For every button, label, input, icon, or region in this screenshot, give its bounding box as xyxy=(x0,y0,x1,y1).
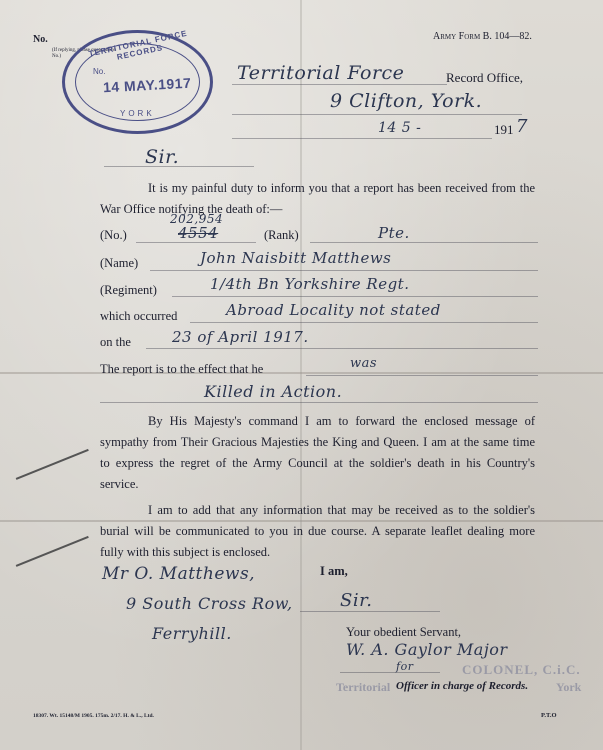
no-field-label: (No.) xyxy=(100,228,127,243)
paper-fold-vertical xyxy=(300,0,302,750)
form-id: Army Form B. 104—82. xyxy=(433,31,532,42)
intro-paragraph: It is my painful duty to inform you that… xyxy=(100,178,535,220)
date-of-death-value: 23 of April 1917. xyxy=(172,328,309,346)
regiment-field-value: 1/4th Bn Yorkshire Regt. xyxy=(210,275,409,293)
regiment-field-label: (Regiment) xyxy=(100,283,157,298)
closing-i-am: I am, xyxy=(320,564,348,579)
occurred-field-value: Abroad Locality not stated xyxy=(226,301,441,319)
occurred-field-label: which occurred xyxy=(100,309,177,324)
officer-title: Officer in charge of Records. xyxy=(396,680,528,692)
colonel-stamp-text: COLONEL, C.i.C. xyxy=(462,662,581,678)
stamp-bottom-text: YORK xyxy=(120,109,155,118)
closing-obedient-servant: Your obedient Servant, xyxy=(346,625,461,640)
no-field-value-old: 4554 xyxy=(178,224,218,242)
stamp-top-text: TERRITORIAL FORCE RECORDS xyxy=(78,27,199,70)
addressee-street: 9 South Cross Row, xyxy=(126,594,293,613)
territorial-stamp-text: Territorial xyxy=(336,680,390,695)
sympathy-paragraph: By His Majesty's command I am to forward… xyxy=(100,411,535,495)
date-of-death-label: on the xyxy=(100,335,131,350)
address-handwritten: 9 Clifton, York. xyxy=(330,90,482,112)
rank-field-label: (Rank) xyxy=(264,228,299,243)
york-stamp-text: York xyxy=(556,680,581,695)
date-day-month: 14 5 - xyxy=(378,120,421,136)
rank-field-value: Pte. xyxy=(378,224,410,242)
date-year-printed: 191 xyxy=(494,122,514,138)
report-effect-label: The report is to the effect that he xyxy=(100,362,263,377)
no-label: No. xyxy=(33,34,48,45)
officer-signature: W. A. Gaylor Major xyxy=(346,640,508,659)
stamp-date: 14 MAY.1917 xyxy=(103,75,192,96)
territorial-force-records-stamp: TERRITORIAL FORCE RECORDS No. 14 MAY.191… xyxy=(62,30,213,134)
report-effect-value-was: was xyxy=(350,356,377,371)
pto-label: P.T.O xyxy=(541,712,557,719)
record-office-label: Record Office, xyxy=(446,70,523,86)
pencil-mark-upper xyxy=(16,449,89,480)
print-code: 18307. Wt. 15148/M 1905. 175m. 2/17. H. … xyxy=(33,713,154,719)
addressee-town: Ferryhill. xyxy=(152,624,232,643)
stamp-no-label: No. xyxy=(93,67,105,76)
report-effect-value-kia: Killed in Action. xyxy=(204,382,342,401)
army-form-b104-82: No. (If replying, please quote above No.… xyxy=(0,0,603,750)
burial-paragraph: I am to add that any information that ma… xyxy=(100,500,535,563)
name-field-label: (Name) xyxy=(100,256,138,271)
closing-sir: Sir. xyxy=(340,590,372,611)
addressee-name: Mr O. Matthews, xyxy=(102,564,255,584)
pencil-mark-lower xyxy=(16,536,89,567)
office-handwritten: Territorial Force xyxy=(237,62,404,84)
date-year-handwritten: 7 xyxy=(516,116,528,137)
name-field-value: John Naisbitt Matthews xyxy=(200,249,391,267)
salutation: Sir. xyxy=(145,146,179,168)
